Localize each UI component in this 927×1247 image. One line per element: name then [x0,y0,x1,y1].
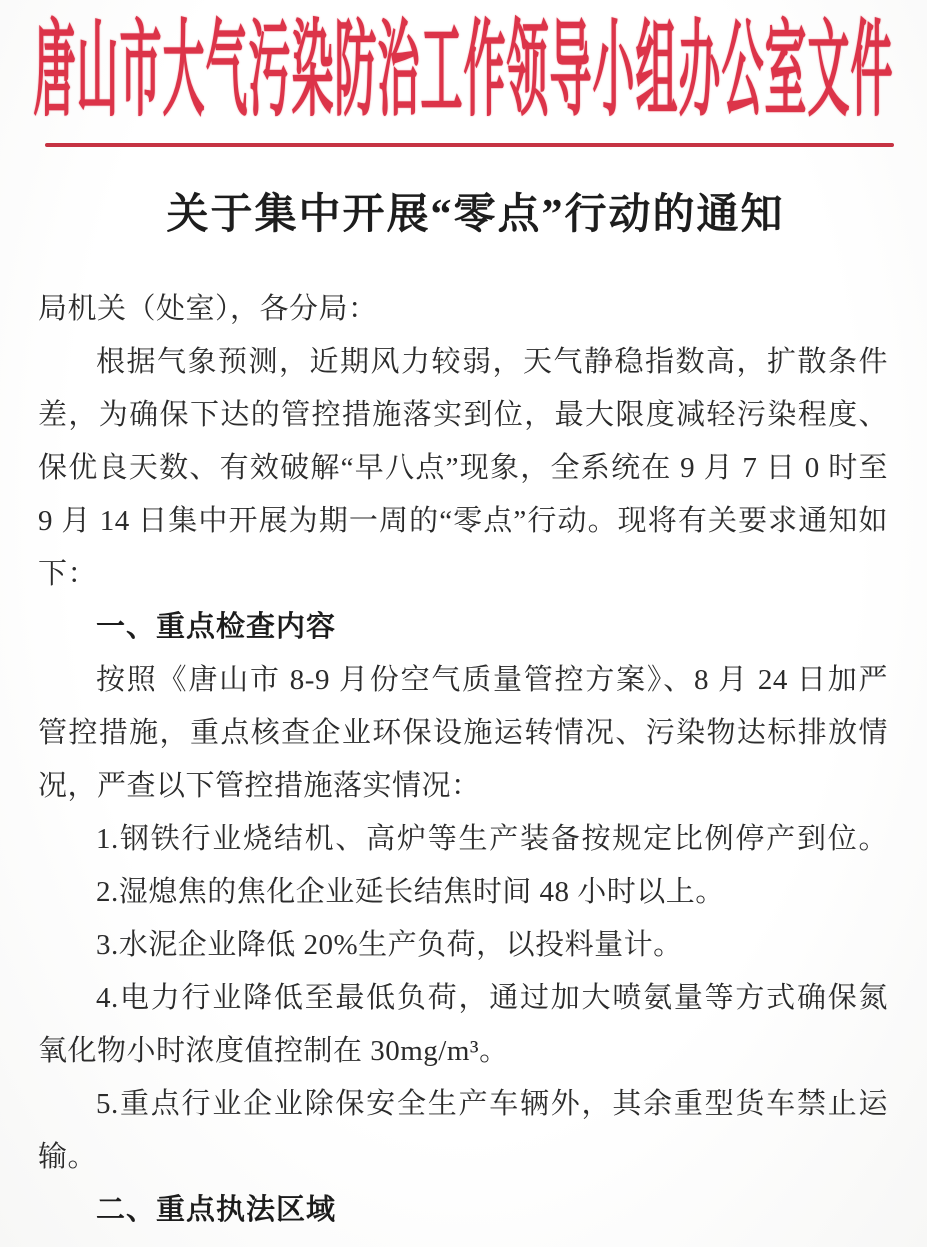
document-title: 关于集中开展“零点”行动的通知 [12,181,927,241]
salutation-line: 局机关（处室），各分局： [38,283,888,336]
paragraph-line: 9 月 14 日集中开展为期一周的“零点”行动。现将有关要求通知如 [38,495,888,548]
list-item-line: 4.电力行业降低至最低负荷，通过加大喷氨量等方式确保氮 [38,972,888,1025]
paragraph-line: 按照《唐山市 8-9 月份空气质量管控方案》、8 月 24 日加严 [38,654,888,707]
list-item-line: 3.水泥企业降低 20%生产负荷，以投料量计。 [38,919,888,972]
list-item-continuation-line: 输。 [38,1131,888,1184]
section-one-heading: 一、重点检查内容 [38,601,888,654]
paragraph-line: 管控措施，重点核查企业环保设施运转情况、污染物达标排放情 [38,707,888,760]
paragraph-line: 根据气象预测，近期风力较弱，天气静稳指数高，扩散条件 [38,336,888,389]
paragraph-line: 保优良天数、有效破解“早八点”现象，全系统在 9 月 7 日 0 时至 [38,442,888,495]
letterhead-banner: 唐山市大气污染防治工作领导小组办公室文件 [0,21,927,129]
document-body: 局机关（处室），各分局： 根据气象预测，近期风力较弱，天气静稳指数高，扩散条件 … [38,283,888,1237]
list-item-line: 5.重点行业企业除保安全生产车辆外，其余重型货车禁止运 [38,1078,888,1131]
list-item-line: 1.钢铁行业烧结机、高炉等生产装备按规定比例停产到位。 [38,813,888,866]
section-two-heading: 二、重点执法区域 [38,1184,888,1237]
list-item-continuation-line: 氧化物小时浓度值控制在 30mg/m³。 [38,1025,888,1078]
paragraph-line: 下： [38,548,888,601]
letterhead-divider-line [45,143,894,147]
paragraph-line: 况，严查以下管控措施落实情况： [38,760,888,813]
scanned-document-page: 唐山市大气污染防治工作领导小组办公室文件 关于集中开展“零点”行动的通知 局机关… [0,0,927,1247]
paragraph-line: 差，为确保下达的管控措施落实到位，最大限度减轻污染程度、 [38,389,888,442]
list-item-line: 2.湿熄焦的焦化企业延长结焦时间 48 小时以上。 [38,866,888,919]
